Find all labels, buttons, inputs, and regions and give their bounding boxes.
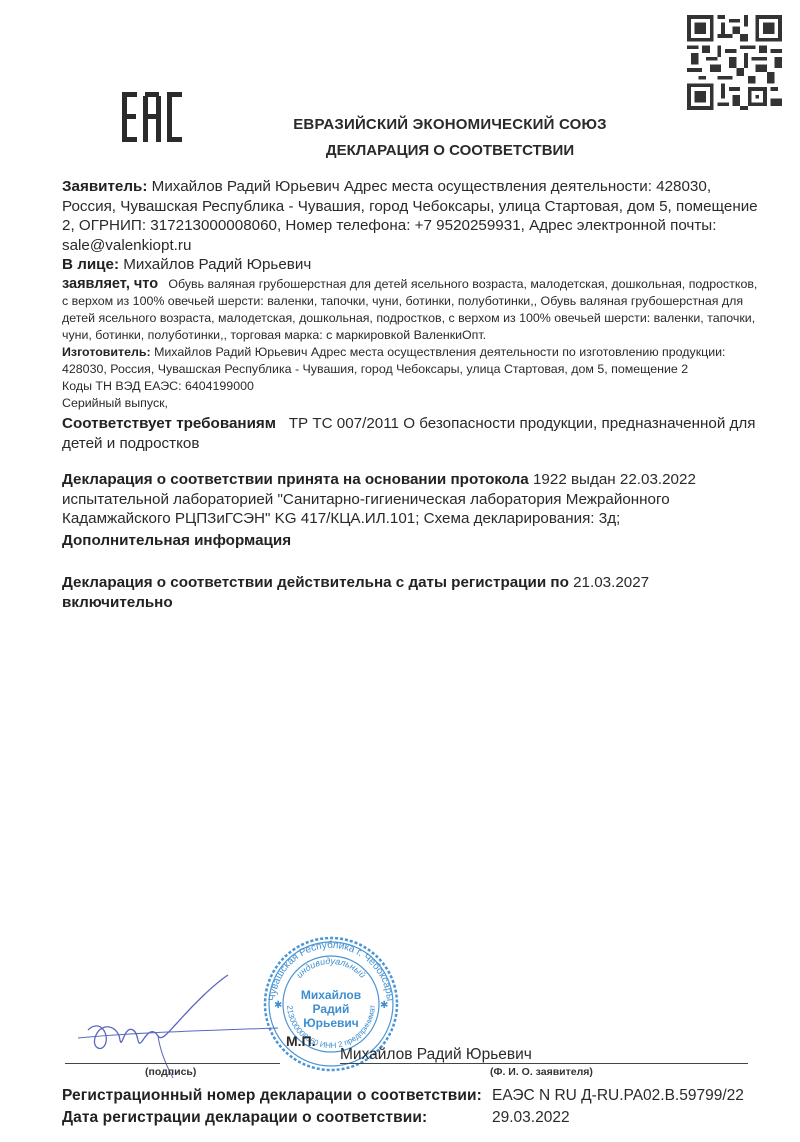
manufacturer-text: Михайлов Радий Юрьевич Адрес места осуще… xyxy=(62,345,726,376)
name-caption: (Ф. И. О. заявителя) xyxy=(490,1066,593,1078)
svg-text:индивидуальный: индивидуальный xyxy=(294,956,368,980)
validity-date: 21.03.2027 xyxy=(573,574,649,591)
validity-section: Декларация о соответствии действительна … xyxy=(62,573,767,612)
svg-text:✱: ✱ xyxy=(380,1000,388,1011)
signature-caption: (подпись) xyxy=(145,1066,196,1078)
registration-number: ЕАЭС N RU Д-RU.PA02.B.59799/22 xyxy=(492,1087,744,1105)
union-title: ЕВРАЗИЙСКИЙ ЭКОНОМИЧЕСКИЙ СОЮЗ xyxy=(0,116,800,133)
declares-text: Обувь валяная грубошерстная для детей яс… xyxy=(62,277,757,342)
registration-date-label: Дата регистрации декларации о соответств… xyxy=(62,1109,427,1127)
additional-info-label: Дополнительная информация xyxy=(62,532,291,549)
manufacturer-section: Изготовитель: Михайлов Радий Юрьевич Адр… xyxy=(62,344,767,378)
signer-name: Михайлов Радий Юрьевич xyxy=(340,1046,532,1064)
signature-line xyxy=(65,1063,280,1064)
qr-code-icon xyxy=(687,15,782,110)
applicant-text: Михайлов Радий Юрьевич Адрес места осуще… xyxy=(62,178,758,254)
represented-by-label: В лице: xyxy=(62,256,119,273)
declares-label: заявляет, что xyxy=(62,276,158,292)
registration-number-label: Регистрационный номер декларации о соотв… xyxy=(62,1087,482,1105)
manufacturer-label: Изготовитель: xyxy=(62,345,151,359)
document-title: ДЕКЛАРАЦИЯ О СООТВЕТСТВИИ xyxy=(0,142,800,159)
svg-text:Михайлов: Михайлов xyxy=(301,988,361,1002)
mp-label: М.П. xyxy=(286,1033,316,1049)
basis-section: Декларация о соответствии принята на осн… xyxy=(62,470,767,529)
applicant-label: Заявитель: xyxy=(62,178,147,195)
svg-text:Радий: Радий xyxy=(313,1002,350,1016)
declares-section: заявляет, что Обувь валяная грубошерстна… xyxy=(62,276,767,344)
validity-suffix: включительно xyxy=(62,594,173,611)
applicant-section: Заявитель: Михайлов Радий Юрьевич Адрес … xyxy=(62,177,767,255)
represented-by-section: В лице: Михайлов Радий Юрьевич xyxy=(62,255,767,275)
svg-text:Юрьевич: Юрьевич xyxy=(303,1016,359,1030)
codes-text: Коды ТН ВЭД ЕАЭС: 6404199000 xyxy=(62,378,767,395)
basis-label: Декларация о соответствии принята на осн… xyxy=(62,471,529,488)
requirements-label: Соответствует требованиям xyxy=(62,415,276,432)
represented-by-text: Михайлов Радий Юрьевич xyxy=(123,256,311,273)
serial-text: Серийный выпуск, xyxy=(62,395,767,412)
validity-label: Декларация о соответствии действительна … xyxy=(62,574,569,591)
additional-info-section: Дополнительная информация xyxy=(62,531,767,551)
registration-date: 29.03.2022 xyxy=(492,1109,570,1127)
requirements-section: Соответствует требованиям ТР ТС 007/2011… xyxy=(62,414,767,453)
